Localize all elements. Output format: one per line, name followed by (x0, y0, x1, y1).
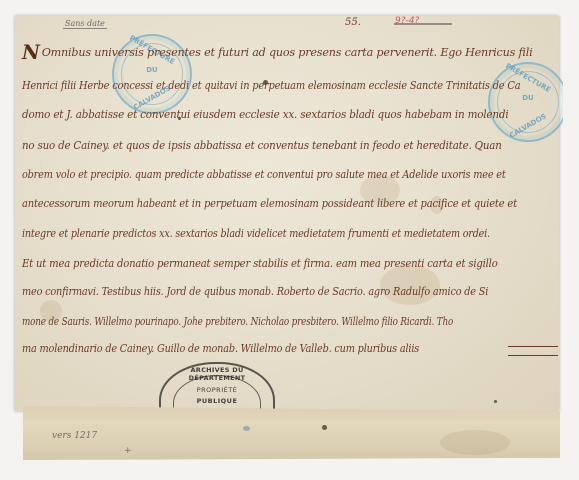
text-line-10: mone de Sauris. Willelmo pourinapo. Johe… (22, 314, 453, 328)
text-line-3: domo et J. abbatisse et conventui eiusde… (22, 107, 508, 121)
blue-prefecture-stamp-right: PRÉFECTURE DU CALVADOS (488, 62, 568, 142)
text-line-7: integre et plenarie predictos xx. sextar… (22, 226, 490, 240)
seal-slit-hole (322, 425, 327, 430)
text-line-9: meo confirmavi. Testibus hiis. Jord de q… (22, 284, 488, 298)
closing-flourish (508, 346, 558, 356)
annotation-number: 55. (345, 17, 361, 28)
text-line-6: antecessorum meorum habeant et in perpet… (22, 196, 517, 210)
strike-through-line (394, 23, 452, 25)
text-line-4: no suo de Cainey. et quos de ipsis abbat… (22, 138, 502, 152)
parchment-hole (494, 400, 497, 403)
stamp-low-text: PUBLIQUE (161, 397, 273, 405)
stamp-arc-text: ARCHIVES DU DÉPARTEMENT (161, 366, 273, 382)
text-line-11: ma molendinario de Cainey. Guillo de mon… (22, 341, 419, 355)
stamp-mid-text: PROPRIÉTÉ (161, 386, 273, 394)
annotation-sans-date: Sans date (63, 19, 107, 29)
stamp-text: DU (114, 66, 190, 74)
text-line-5: obrem volo et precipio. quam predicte ab… (22, 167, 506, 181)
stamp-text: DU (490, 94, 566, 102)
text-line-2: Henrici filii Herbe concessi et dedi et … (22, 78, 520, 92)
pencil-date-annotation: vers 1217 (52, 431, 97, 441)
decorated-initial: N (22, 40, 40, 64)
seal-slit-hole (243, 426, 250, 431)
stain (440, 430, 510, 455)
text-line-1: NOmnibus universis presentes et futuri a… (22, 40, 533, 64)
document-viewer: Sans date 55. 9?-4? PRÉFECTURE DU CALVAD… (0, 0, 579, 480)
pencil-cross-mark: + (124, 446, 132, 456)
text-line-8: Et ut mea predicta donatio permaneat sem… (22, 256, 498, 270)
